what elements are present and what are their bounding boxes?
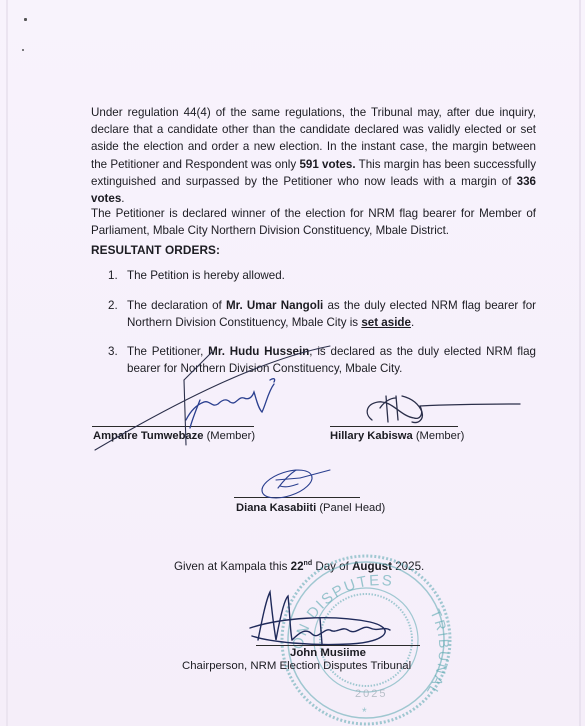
- svg-text:*: *: [362, 705, 369, 719]
- signature-line-tumwebaze: [92, 426, 254, 427]
- respondent-name: Mr. Umar Nangoli: [226, 299, 323, 312]
- order-text: The Petition is hereby allowed.: [127, 267, 536, 284]
- chairperson-title: Chairperson, NRM Election Disputes Tribu…: [182, 660, 411, 672]
- order-text: The declaration of Mr. Umar Nangoli as t…: [127, 297, 536, 331]
- signatory-tumwebaze: Ampaire Tumwebaze (Member): [93, 430, 255, 442]
- punch-mark: [22, 49, 24, 51]
- svg-text:2025: 2025: [355, 688, 387, 700]
- page-edge-left: [6, 0, 8, 726]
- orders-heading: RESULTANT ORDERS:: [91, 243, 220, 257]
- order-number: 1.: [108, 267, 118, 284]
- given-at-date: Given at Kampala this 22nd Day of August…: [174, 560, 424, 573]
- order-number: 3.: [108, 343, 118, 360]
- signature-line-kasabiiti: [234, 497, 360, 498]
- margin-original: 591 votes.: [299, 158, 355, 171]
- signatory-kasabiiti: Diana Kasabiiti (Panel Head): [236, 502, 385, 514]
- signature-line-kabiswa: [330, 426, 458, 427]
- paragraph-declaration: The Petitioner is declared winner of the…: [91, 205, 536, 239]
- chairperson-name: John Musiime: [290, 647, 366, 659]
- document-page: Under regulation 44(4) of the same regul…: [0, 0, 585, 726]
- order-item: 2. The declaration of Mr. Umar Nangoli a…: [108, 297, 536, 331]
- page-edge-right: [579, 0, 581, 726]
- paragraph-text: .: [121, 192, 124, 205]
- signatory-kabiswa: Hillary Kabiswa (Member): [330, 430, 464, 442]
- paragraph-regulation: Under regulation 44(4) of the same regul…: [91, 104, 536, 207]
- svg-text:ON DISPUTES: ON DISPUTES: [289, 572, 395, 651]
- signature-kabiswa: [367, 396, 520, 423]
- punch-mark: [24, 18, 27, 21]
- order-number: 2.: [108, 297, 118, 314]
- order-text: The Petitioner, Mr. Hudu Hussein, is dec…: [127, 343, 536, 377]
- signature-tumwebaze: [186, 379, 275, 428]
- signature-line-chairperson: [256, 645, 420, 646]
- petitioner-name: Mr. Hudu Hussein: [208, 345, 309, 358]
- signature-musiime: [250, 592, 390, 645]
- set-aside-text: set aside: [361, 316, 411, 329]
- order-item: 3. The Petitioner, Mr. Hudu Hussein, is …: [108, 343, 536, 377]
- stamp-text: ON DISPUTES: [289, 572, 395, 651]
- svg-text:TRIBUNAL: TRIBUNAL: [423, 607, 452, 700]
- order-item: 1. The Petition is hereby allowed.: [108, 267, 536, 284]
